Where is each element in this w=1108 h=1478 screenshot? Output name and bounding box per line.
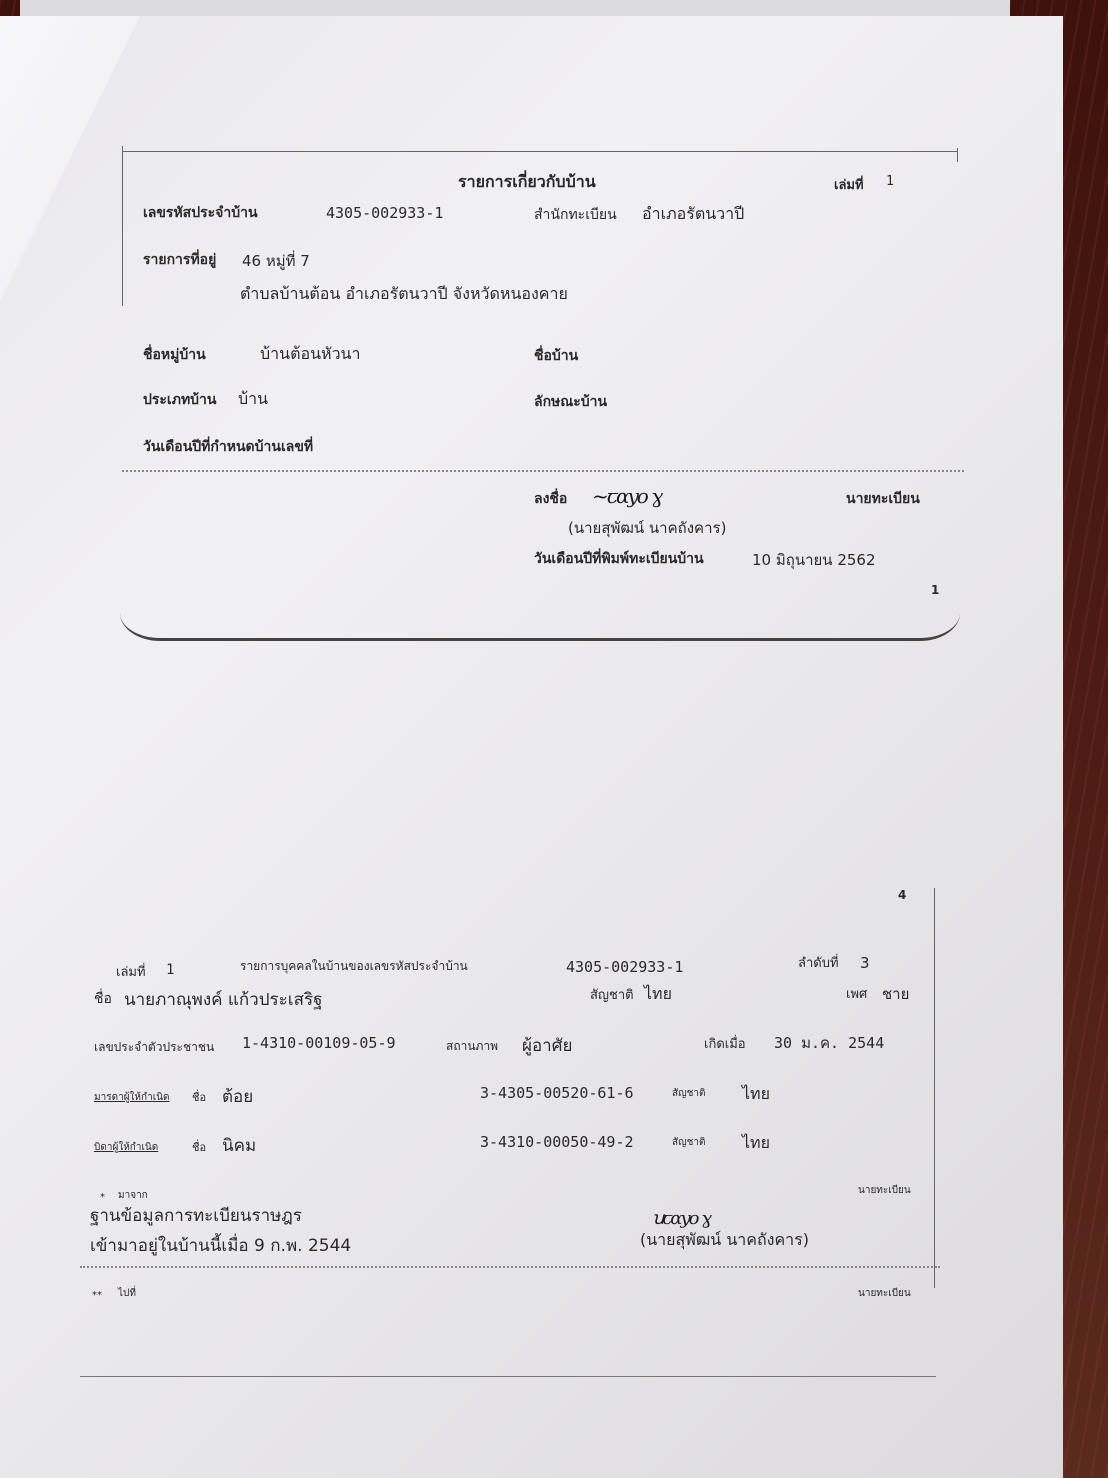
dotted-separator <box>80 1266 940 1268</box>
moved-to-label: ไปที่ <box>118 1286 136 1301</box>
form-top-border <box>122 151 958 152</box>
father-label: บิดาผู้ให้กำเนิด <box>94 1140 158 1155</box>
order-label: ลำดับที่ <box>798 952 839 973</box>
house-code: 4305-002933-1 <box>326 204 443 222</box>
status: ผู้อาศัย <box>522 1032 572 1059</box>
book-number: 1 <box>886 174 894 189</box>
mother-nationality-label: สัญชาติ <box>672 1086 706 1101</box>
registrar-name: (นายสุพัฒน์ นาคถังคาร) <box>640 1228 809 1253</box>
registrar-title-2: นายทะเบียน <box>858 1286 911 1301</box>
mother-label: มารดาผู้ให้กำเนิด <box>94 1090 169 1105</box>
registrar-signature: ~ꞇɑyo ɣ <box>592 484 661 508</box>
registrar-title: นายทะเบียน <box>846 488 920 510</box>
person-name: นายภาณุพงค์ แก้วประเสริฐ <box>124 986 322 1013</box>
print-date: 10 มิถุนายน 2562 <box>752 548 876 572</box>
registry-office: อำเภอรัตนวาปี <box>642 202 744 227</box>
birth-label: เกิดเมื่อ <box>704 1033 746 1054</box>
house-registration-page: รายการเกี่ยวกับบ้าน เล่มที่ 1 เลขรหัสประ… <box>0 16 1063 1478</box>
registry-office-label: สำนักทะเบียน <box>534 204 617 226</box>
moved-from-source: ฐานข้อมูลการทะเบียนราษฎร <box>90 1202 302 1229</box>
assigned-date-label: วันเดือนปีที่กำหนดบ้านเลขที่ <box>143 436 313 458</box>
father-name: นิคม <box>222 1132 256 1159</box>
village-name-label: ชื่อหมู่บ้าน <box>143 344 206 366</box>
father-label-text: บิดาผู้ให้กำเนิด <box>94 1142 158 1153</box>
moved-in-date: เข้ามาอยู่ในบ้านนี้เมื่อ 9 ก.พ. 2544 <box>90 1232 351 1259</box>
order-number: 3 <box>860 954 870 972</box>
mother-name: ต้อย <box>222 1083 253 1110</box>
address-line-2: ตำบลบ้านต้อน อำเภอรัตนวาปี จังหวัดหนองคา… <box>240 282 568 307</box>
registrar-signature: ꭒꞇɑyo ɣ <box>652 1206 710 1230</box>
sign-label: ลงชื่อ <box>534 488 567 510</box>
father-id: 3-4310-00050-49-2 <box>480 1133 634 1151</box>
id-number: 1-4310-00109-05-9 <box>242 1034 396 1052</box>
page-number-4: 4 <box>898 888 906 902</box>
house-code: 4305-002933-1 <box>566 958 683 976</box>
father-nationality: ไทย <box>742 1131 770 1156</box>
registrar-name: (นายสุพัฒน์ นาคถังคาร) <box>568 516 726 540</box>
sex-label: เพศ <box>846 983 867 1004</box>
nationality: ไทย <box>644 982 672 1007</box>
form-right-tick <box>957 148 958 162</box>
book-label: เล่มที่ <box>116 961 146 982</box>
village-name: บ้านต้อนหัวนา <box>260 342 360 367</box>
print-date-label: วันเดือนปีที่พิมพ์ทะเบียนบ้าน <box>534 548 704 570</box>
house-name-label: ชื่อบ้าน <box>534 345 578 367</box>
book-number: 1 <box>166 962 174 978</box>
section-title: รายการบุคคลในบ้านของเลขรหัสประจำบ้าน <box>240 957 468 976</box>
name-label: ชื่อ <box>94 988 112 1010</box>
house-character-label: ลักษณะบ้าน <box>534 391 607 413</box>
folded-paper-corner <box>0 16 140 316</box>
form-right-border <box>934 888 935 1288</box>
form-bottom-border <box>120 576 960 641</box>
address-line-1: 46 หมู่ที่ 7 <box>242 249 310 273</box>
house-type-label: ประเภทบ้าน <box>143 389 217 411</box>
mother-name-label: ชื่อ <box>192 1088 206 1106</box>
house-info-title: รายการเกี่ยวกับบ้าน <box>458 170 596 195</box>
address-label: รายการที่อยู่ <box>143 249 216 271</box>
birth-date: 30 ม.ค. 2544 <box>774 1031 884 1055</box>
form-bottom-border <box>80 1376 936 1377</box>
moved-from-label: มาจาก <box>118 1188 148 1203</box>
registrar-title-1: นายทะเบียน <box>858 1183 911 1198</box>
nationality-label: สัญชาติ <box>590 984 634 1005</box>
sex: ชาย <box>882 982 909 1006</box>
dotted-separator <box>122 470 964 472</box>
house-type: บ้าน <box>238 387 268 412</box>
form-left-border <box>122 146 123 306</box>
book-label: เล่มที่ <box>834 174 864 195</box>
status-label: สถานภาพ <box>446 1037 498 1056</box>
father-nationality-label: สัญชาติ <box>672 1135 706 1150</box>
father-name-label: ชื่อ <box>192 1138 206 1156</box>
moved-to-mark: ** <box>92 1290 102 1301</box>
house-code-label: เลขรหัสประจำบ้าน <box>143 202 258 224</box>
mother-id: 3-4305-00520-61-6 <box>480 1084 634 1102</box>
id-label: เลขประจำตัวประชาชน <box>94 1038 214 1057</box>
mother-nationality: ไทย <box>742 1082 770 1107</box>
mother-label-text: มารดาผู้ให้กำเนิด <box>94 1092 169 1103</box>
